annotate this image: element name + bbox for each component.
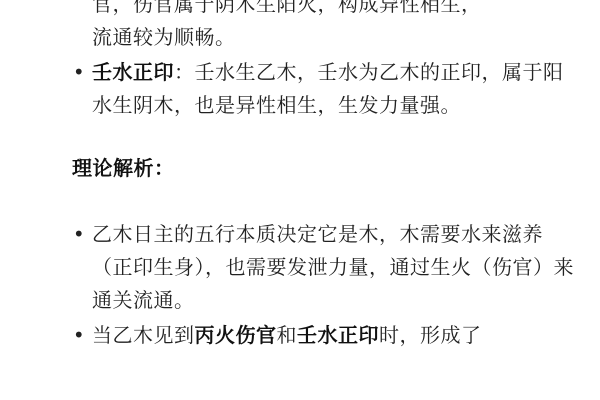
section-heading: 理论解析： (0, 152, 600, 185)
list-item-renshui-zhengyin: • 壬水正印：壬水生乙木，壬水为乙木的正印，属于阳水生阴木，也是异性相生，生发力… (0, 56, 600, 122)
list-item-continuation: 官，伤官属于阴木生阳火，构成异性相生， 流通较为顺畅。 (0, 0, 600, 54)
bullet-icon: • (72, 56, 86, 89)
bullet-icon: • (72, 319, 86, 352)
term-bold: 丙火伤官 (195, 323, 277, 347)
term-bold: 壬水正印 (297, 323, 379, 347)
bullet-icon: • (72, 218, 86, 251)
list-item-theory: • 乙木日主的五行本质决定它是木，木需要水来滋养（正印生身），也需要发泄力量，通… (0, 218, 600, 317)
term-bold: 壬水正印 (92, 60, 174, 84)
item-text: 时，形成了 (379, 323, 482, 347)
document-body: 官，伤官属于阴木生阳火，构成异性相生， 流通较为顺畅。 • 壬水正印：壬水生乙木… (0, 0, 600, 352)
item-text: 和 (277, 323, 298, 347)
item-text: 乙木日主的五行本质决定它是木，木需要水来滋养（正印生身），也需要发泄力量，通过生… (92, 222, 574, 312)
item-text: 当乙木见到 (92, 323, 195, 347)
paragraph-line: 官，伤官属于阴木生阳火，构成异性相生， (92, 0, 578, 21)
paragraph-line: 流通较为顺畅。 (92, 21, 578, 54)
list-item-combination: • 当乙木见到丙火伤官和壬水正印时，形成了 (0, 319, 600, 352)
